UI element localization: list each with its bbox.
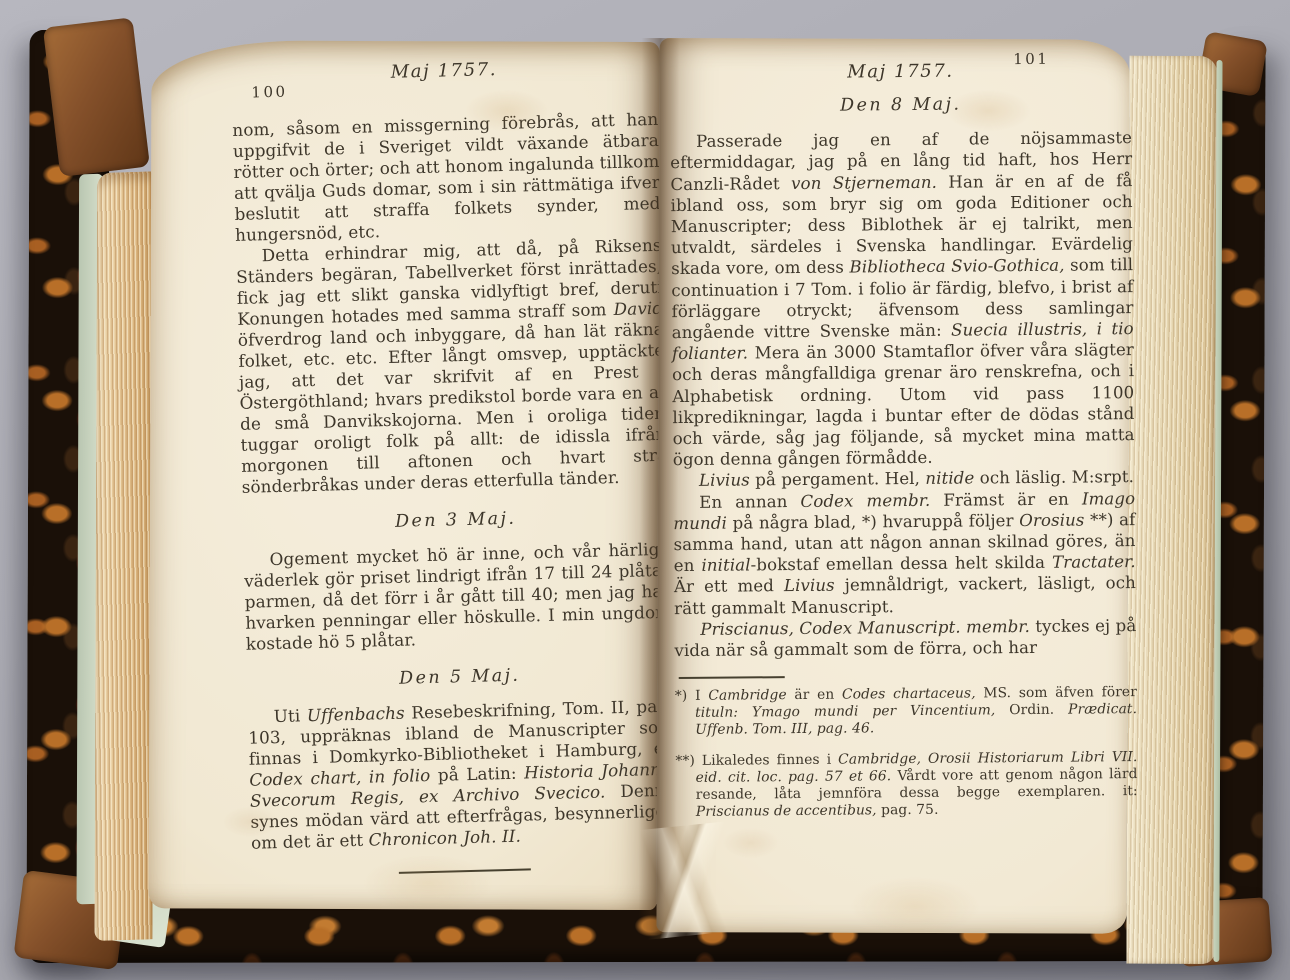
paragraph-den-5-maj: Uti Uffenbachs Resebeskrifning, Tom. II,… <box>247 696 677 854</box>
left-running-head: Maj 1757. <box>231 55 657 87</box>
footnote-1: *) I Cambridge är en Codes chartaceus, M… <box>675 684 1137 739</box>
footnote-2: **) Likaledes finnes i Cambridge, Orosii… <box>675 749 1138 821</box>
right-running-head: Maj 1757. <box>669 59 1131 84</box>
day-heading-den-8-maj: Den 8 Maj. <box>670 93 1132 118</box>
page-block-edge-right <box>1126 56 1217 964</box>
right-page-print: Maj 1757. 101 Den 8 Maj. Passerade jag e… <box>659 35 1137 933</box>
left-page-print: Maj 1757. 100 nom, såsom en missgerning … <box>150 29 681 910</box>
day-heading-den-3-maj: Den 3 Maj. <box>242 505 668 537</box>
right-page-text: Den 8 Maj. Passerade jag en af de nöjsam… <box>670 89 1138 835</box>
paragraph-detta: Detta erhindrar mig, att då, på Riksens … <box>235 235 667 498</box>
paragraph-den-3-maj: Ogement mycket hö är inne, och vår härli… <box>243 539 672 655</box>
photo-background: Maj 1757. 100 nom, såsom en missgerning … <box>0 0 1290 980</box>
left-page-text: nom, såsom en missgerning förebrås, att … <box>232 109 678 878</box>
section-divider-rule <box>399 868 531 873</box>
leather-corner-top-left <box>43 17 150 177</box>
day-heading-den-5-maj: Den 5 Maj. <box>247 662 673 694</box>
paragraph-codex-membr: En annan Codex membr. Främst är en Imago… <box>673 488 1136 619</box>
left-page: Maj 1757. 100 nom, såsom en missgerning … <box>149 40 660 910</box>
page-block-edge-left <box>94 171 155 941</box>
paragraph-priscianus: Priscianus, Codex Manuscript. membr. tyc… <box>674 615 1136 661</box>
open-book: Maj 1757. 100 nom, såsom en missgerning … <box>26 24 1265 964</box>
footnote-rule <box>679 676 785 679</box>
right-page: Maj 1757. 101 Den 8 Maj. Passerade jag e… <box>656 38 1129 934</box>
right-page-number: 101 <box>1013 50 1049 68</box>
left-page-number: 100 <box>251 83 288 102</box>
paragraph-den-8-maj: Passerade jag en af de nöjsammaste efter… <box>670 127 1135 470</box>
paragraph-continuation: nom, såsom en missgerning förebrås, att … <box>232 109 661 246</box>
